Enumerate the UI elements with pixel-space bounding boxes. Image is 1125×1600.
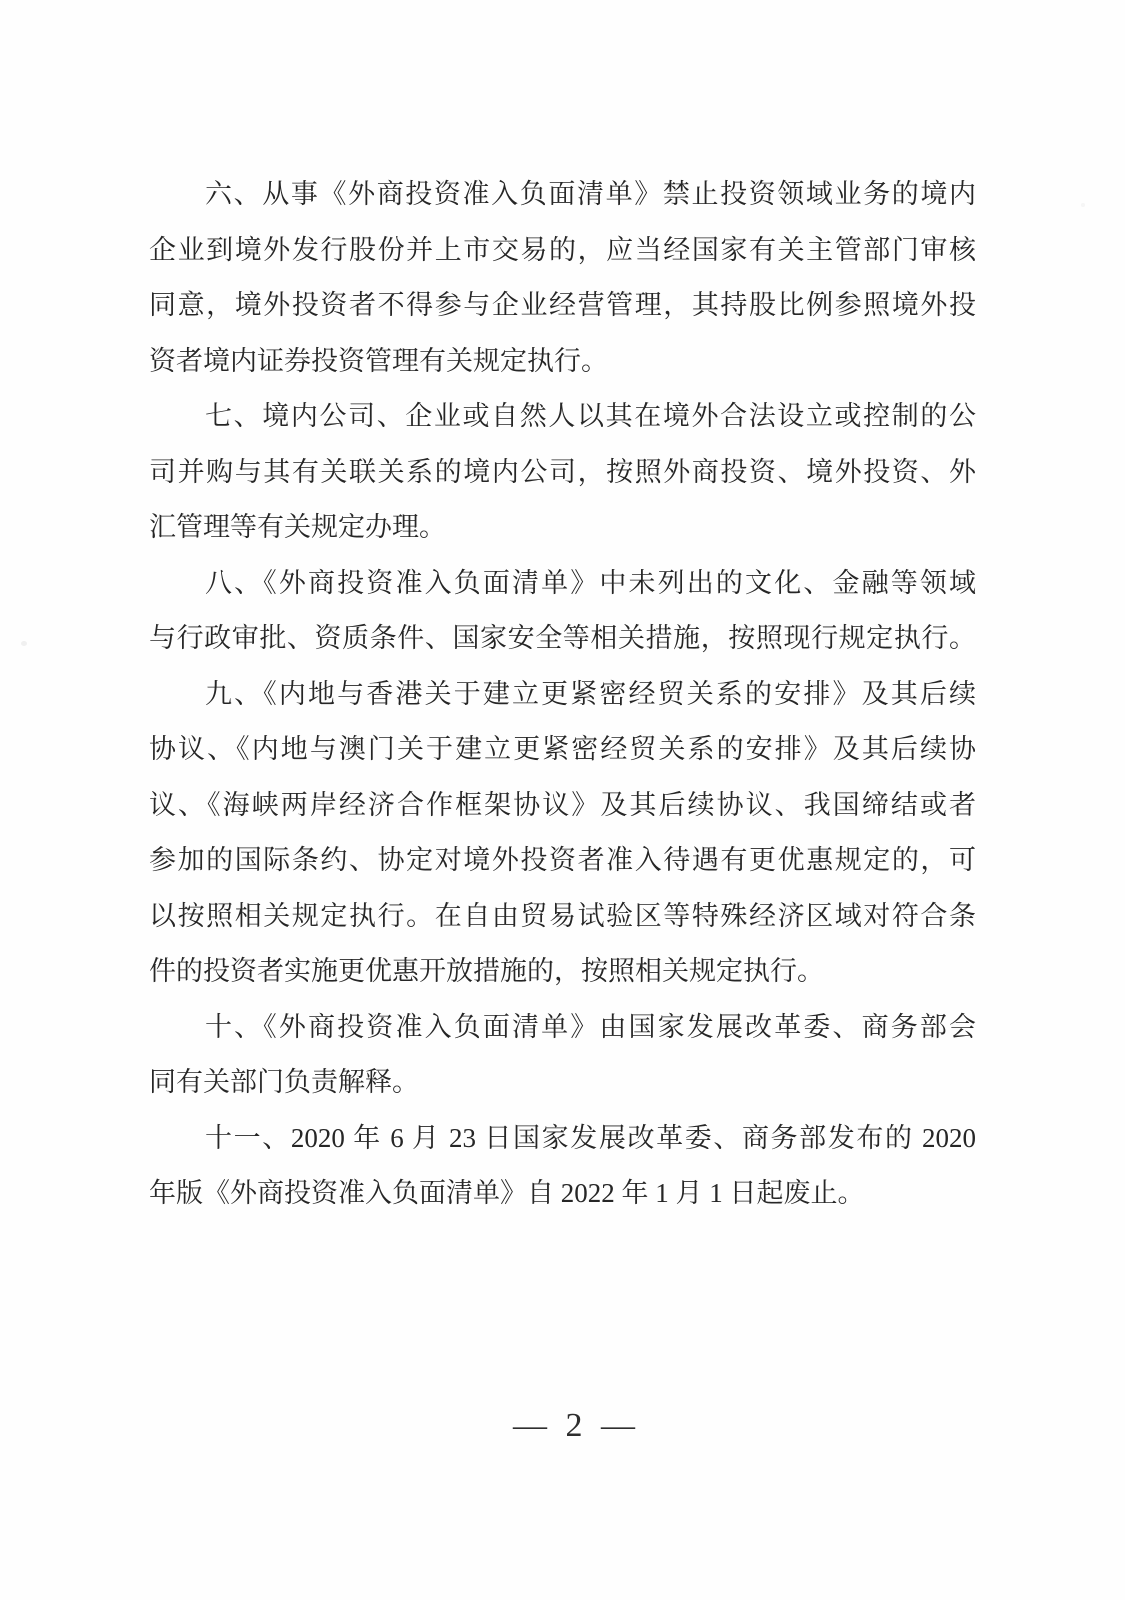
paragraph-item-7: 七、境内公司、企业或自然人以其在境外合法设立或控制的公 司并购与其有关联关系的境… [149, 389, 976, 556]
text-line: 汇管理等有关规定办理。 [149, 500, 976, 556]
paragraph-item-8: 八、《外商投资准入负面清单》中未列出的文化、金融等领域 与行政审批、资质条件、国… [149, 556, 976, 667]
text-line: 议、《海峡两岸经济合作框架协议》及其后续协议、我国缔结或者 [149, 778, 976, 834]
page-footer: — 2 — [14, 1404, 1125, 1448]
text-line: 件的投资者实施更优惠开放措施的，按照相关规定执行。 [149, 944, 976, 1000]
paragraph-item-6: 六、从事《外商投资准入负面清单》禁止投资领域业务的境内 企业到境外发行股份并上市… [149, 167, 976, 389]
text-line: 十一、2020 年 6 月 23 日国家发展改革委、商务部发布的 2020 [149, 1111, 976, 1167]
paragraph-item-11: 十一、2020 年 6 月 23 日国家发展改革委、商务部发布的 2020 年版… [149, 1111, 976, 1222]
text-line: 以按照相关规定执行。在自由贸易试验区等特殊经济区域对符合条 [149, 889, 976, 945]
scan-speck [1081, 203, 1085, 207]
scanned-document-page: 六、从事《外商投资准入负面清单》禁止投资领域业务的境内 企业到境外发行股份并上市… [0, 0, 1125, 1600]
text-line: 九、《内地与香港关于建立更紧密经贸关系的安排》及其后续 [149, 667, 976, 723]
text-line: 协议、《内地与澳门关于建立更紧密经贸关系的安排》及其后续协 [149, 722, 976, 778]
text-line: 企业到境外发行股份并上市交易的，应当经国家有关主管部门审核 [149, 223, 976, 279]
scan-speck [21, 641, 27, 646]
text-line: 八、《外商投资准入负面清单》中未列出的文化、金融等领域 [149, 556, 976, 612]
text-line: 十、《外商投资准入负面清单》由国家发展改革委、商务部会 [149, 1000, 976, 1056]
text-line: 与行政审批、资质条件、国家安全等相关措施，按照现行规定执行。 [149, 611, 976, 667]
text-line: 年版《外商投资准入负面清单》自 2022 年 1 月 1 日起废止。 [149, 1166, 976, 1222]
paragraph-item-10: 十、《外商投资准入负面清单》由国家发展改革委、商务部会 同有关部门负责解释。 [149, 1000, 976, 1111]
text-line: 七、境内公司、企业或自然人以其在境外合法设立或控制的公 [149, 389, 976, 445]
paragraph-item-9: 九、《内地与香港关于建立更紧密经贸关系的安排》及其后续 协议、《内地与澳门关于建… [149, 667, 976, 1000]
text-line: 参加的国际条约、协定对境外投资者准入待遇有更优惠规定的，可 [149, 833, 976, 889]
text-line: 资者境内证券投资管理有关规定执行。 [149, 334, 976, 390]
text-line: 同意，境外投资者不得参与企业经营管理，其持股比例参照境外投 [149, 278, 976, 334]
document-body: 六、从事《外商投资准入负面清单》禁止投资领域业务的境内 企业到境外发行股份并上市… [149, 167, 976, 1222]
text-line: 六、从事《外商投资准入负面清单》禁止投资领域业务的境内 [149, 167, 976, 223]
text-line: 同有关部门负责解释。 [149, 1055, 976, 1111]
text-line: 司并购与其有关联关系的境内公司，按照外商投资、境外投资、外 [149, 445, 976, 501]
page-number: — 2 — [513, 1407, 640, 1444]
